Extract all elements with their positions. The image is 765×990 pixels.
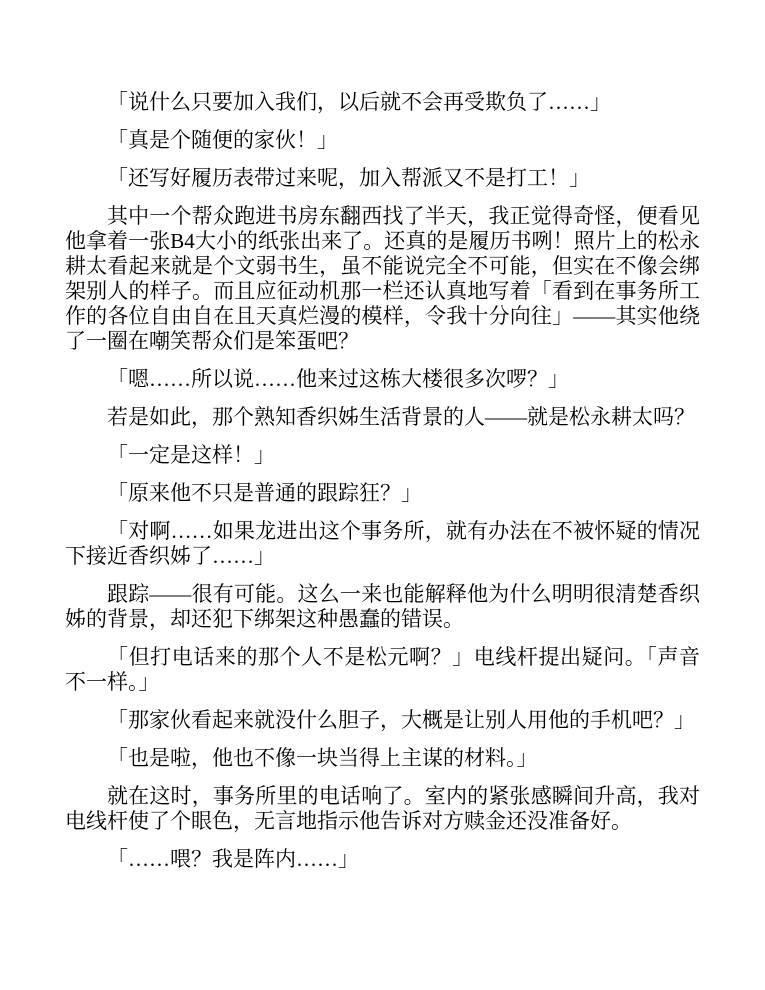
paragraph-dialogue-6: 「原来他不只是普通的跟踪狂？」 [65, 481, 700, 506]
paragraph-dialogue-2: 「真是个随便的家伙！」 [65, 128, 700, 153]
paragraph-dialogue-10: 「也是啦，他也不像一块当得上主谋的材料。」 [65, 746, 700, 771]
paragraph-dialogue-8: 「但打电话来的那个人不是松元啊？」电线杆提出疑问。「声音不一样。」 [65, 645, 700, 695]
paragraph-dialogue-1: 「说什么只要加入我们，以后就不会再受欺负了……」 [65, 90, 700, 115]
paragraph-narration-2: 若是如此，那个熟知香织姊生活背景的人——就是松永耕太吗？ [65, 405, 700, 430]
paragraph-dialogue-7: 「对啊……如果龙进出这个事务所，就有办法在不被怀疑的情况下接近香织姊了……」 [65, 519, 700, 569]
paragraph-narration-3: 跟踪——很有可能。这么一来也能解释他为什么明明很清楚香织姊的背景，却还犯下绑架这… [65, 582, 700, 632]
paragraph-narration-4: 就在这时，事务所里的电话响了。室内的紧张感瞬间升高，我对电线杆使了个眼色，无言地… [65, 784, 700, 834]
paragraph-dialogue-4: 「嗯……所以说……他来过这栋大楼很多次啰？」 [65, 367, 700, 392]
book-page: 「说什么只要加入我们，以后就不会再受欺负了……」 「真是个随便的家伙！」 「还写… [0, 0, 765, 990]
paragraph-narration-1: 其中一个帮众跑进书房东翻西找了半天，我正觉得奇怪，便看见他拿着一张B4大小的纸张… [65, 204, 700, 354]
paragraph-dialogue-3: 「还写好履历表带过来呢，加入帮派又不是打工！」 [65, 166, 700, 191]
paragraph-dialogue-9: 「那家伙看起来就没什么胆子，大概是让别人用他的手机吧？」 [65, 708, 700, 733]
paragraph-dialogue-5: 「一定是这样！」 [65, 443, 700, 468]
paragraph-dialogue-11: 「……喂？我是阵内……」 [65, 847, 700, 872]
